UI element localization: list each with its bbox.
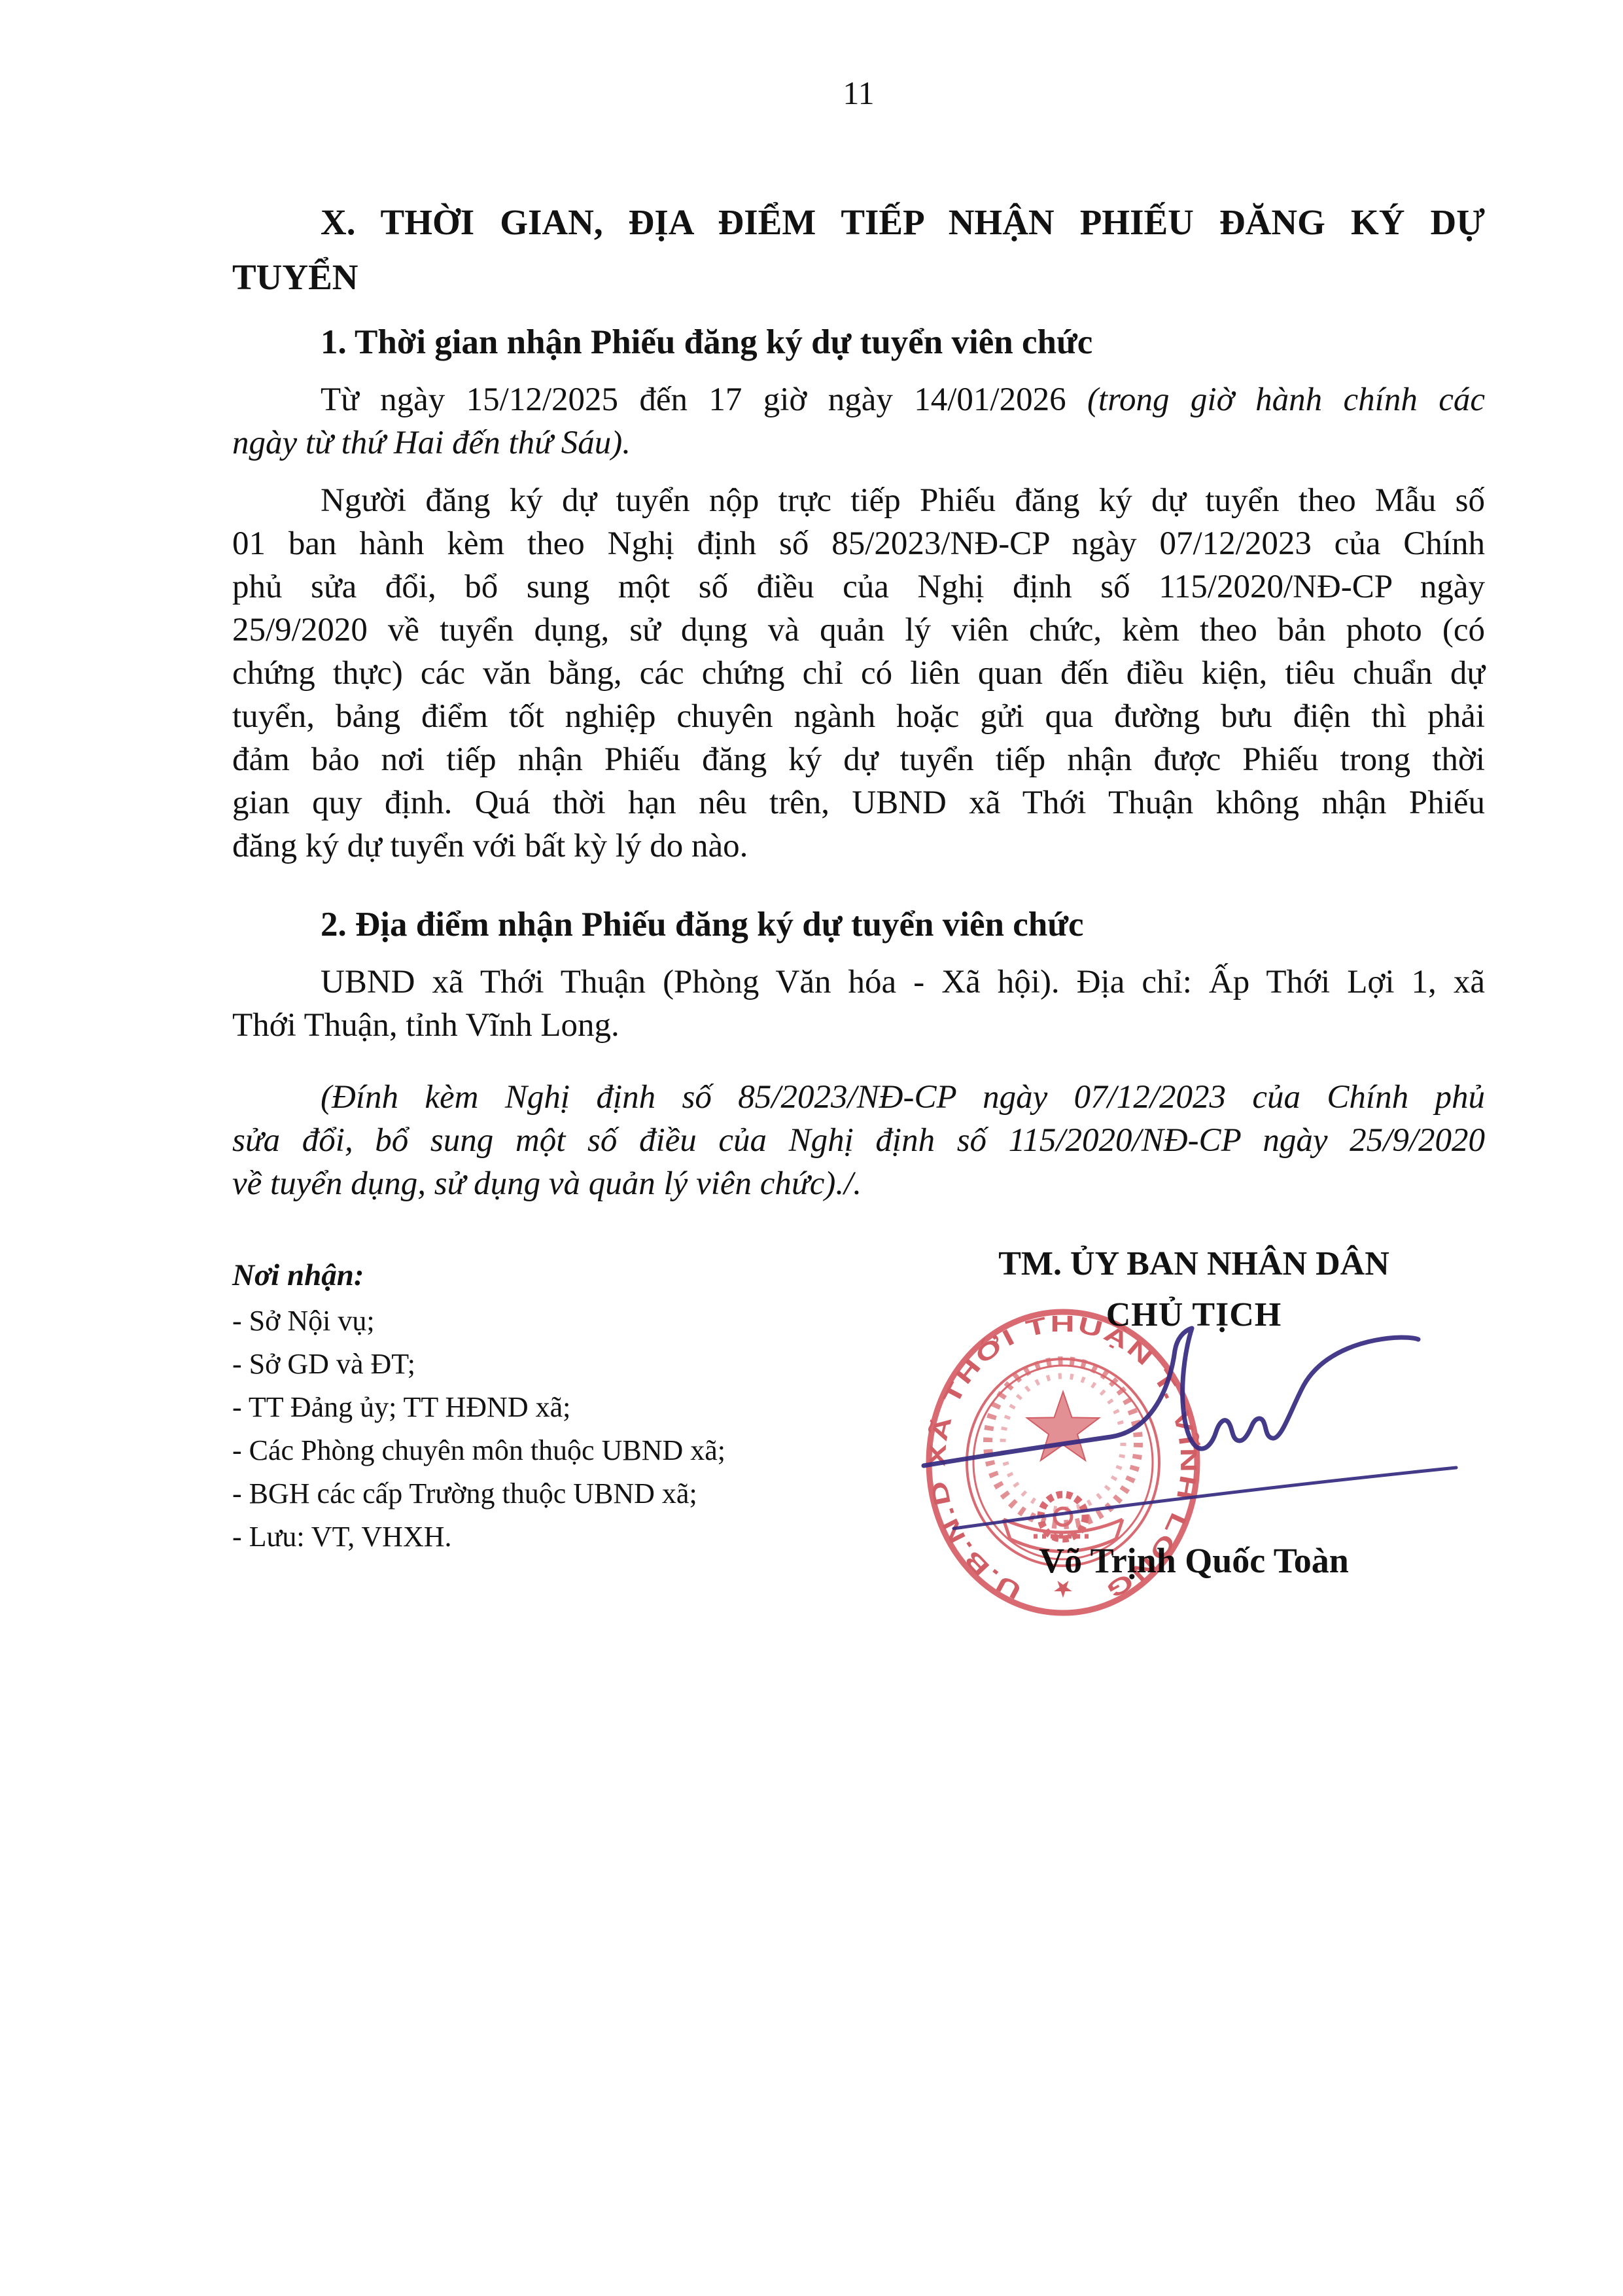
paragraph-line: gian quy định. Quá thời hạn nêu trên, UB… <box>232 781 1485 824</box>
handwritten-signature <box>924 1328 1456 1528</box>
paragraph-line: về tuyển dụng, sử dụng và quản lý viên c… <box>232 1162 1485 1205</box>
emblem-cog-icon <box>1041 1494 1085 1539</box>
paragraph-line: 25/9/2020 về tuyển dụng, sử dụng và quản… <box>232 609 1485 652</box>
paragraph-submission-rules: Người đăng ký dự tuyển nộp trực tiếp Phi… <box>232 479 1485 868</box>
recipient-item: - BGH các cấp Trường thuộc UBND xã; <box>232 1472 873 1515</box>
stamp-inner-ring <box>967 1359 1159 1566</box>
signature-header: TM. ỦY BAN NHÂN DÂN CHỦ TỊCH <box>945 1243 1442 1336</box>
paragraph-line: Từ ngày 15/12/2025 đến 17 giờ ngày 14/01… <box>232 378 1485 421</box>
document-title: X. THỜI GIAN, ĐỊA ĐIỂM TIẾP NHẬN PHIẾU Đ… <box>232 195 1485 305</box>
emblem-ribbon-right-edge <box>1116 1519 1123 1539</box>
title-line-2: TUYỂN <box>232 250 1485 305</box>
emblem-cog-hub <box>1055 1508 1072 1525</box>
title-line-1: X. THỜI GIAN, ĐỊA ĐIỂM TIẾP NHẬN PHIẾU Đ… <box>232 195 1485 250</box>
date-range-text: Từ ngày 15/12/2025 đến 17 giờ ngày 14/01… <box>321 381 1087 418</box>
page-number: 11 <box>232 73 1485 113</box>
recipient-item: - Sở GD và ĐT; <box>232 1343 873 1386</box>
paragraph-line: chứng thực) các văn bằng, các chứng chỉ … <box>232 652 1485 695</box>
section-2-heading: 2. Địa điểm nhận Phiếu đăng ký dự tuyển … <box>232 903 1485 946</box>
recipients-label: Nơi nhận: <box>232 1254 873 1297</box>
paragraph-line: UBND xã Thới Thuận (Phòng Văn hóa - Xã h… <box>232 961 1485 1004</box>
paragraph-attachment-note: (Đính kèm Nghị định số 85/2023/NĐ-CP ngà… <box>232 1076 1485 1205</box>
document-body: X. THỜI GIAN, ĐỊA ĐIỂM TIẾP NHẬN PHIẾU Đ… <box>232 195 1485 1205</box>
paragraph-receiving-place: UBND xã Thới Thuận (Phòng Văn hóa - Xã h… <box>232 961 1485 1047</box>
paragraph-line: 01 ban hành kèm theo Nghị định số 85/202… <box>232 522 1485 565</box>
signer-name: Võ Trịnh Quốc Toàn <box>945 1540 1442 1581</box>
emblem-rice-wreath <box>988 1361 1138 1525</box>
paragraph-line: Thới Thuận, tỉnh Vĩnh Long. <box>232 1004 1485 1047</box>
signature-underline-stroke <box>954 1468 1456 1528</box>
section-1-heading: 1. Thời gian nhận Phiếu đăng ký dự tuyển… <box>232 321 1485 364</box>
recipients-block: Nơi nhận: - Sở Nội vụ; - Sở GD và ĐT; - … <box>232 1254 873 1559</box>
emblem-ribbon <box>1003 1519 1123 1532</box>
office-hours-note: (trong giờ hành chính các <box>1087 381 1485 418</box>
paragraph-line: ngày từ thứ Hai đến thứ Sáu). <box>232 421 1485 465</box>
recipient-item: - Các Phòng chuyên môn thuộc UBND xã; <box>232 1429 873 1472</box>
paragraph-line: (Đính kèm Nghị định số 85/2023/NĐ-CP ngà… <box>232 1076 1485 1119</box>
paragraph-receiving-time: Từ ngày 15/12/2025 đến 17 giờ ngày 14/01… <box>232 378 1485 465</box>
emblem-star-icon <box>1027 1392 1099 1460</box>
paragraph-line: phủ sửa đổi, bổ sung một số điều của Ngh… <box>232 565 1485 609</box>
emblem-rice-wreath-inner <box>1003 1376 1123 1510</box>
document-page: 11 X. THỜI GIAN, ĐỊA ĐIỂM TIẾP NHẬN PHIẾ… <box>0 0 1623 2296</box>
emblem-ribbon-left-edge <box>1003 1519 1010 1539</box>
paragraph-line: sửa đổi, bổ sung một số điều của Nghị đị… <box>232 1119 1485 1162</box>
signer-position: CHỦ TỊCH <box>945 1294 1442 1336</box>
recipient-item: - Lưu: VT, VHXH. <box>232 1515 873 1559</box>
stamp-inner-ring-2 <box>973 1366 1153 1559</box>
recipient-item: - TT Đảng ủy; TT HĐND xã; <box>232 1386 873 1429</box>
paragraph-line: đăng ký dự tuyển với bất kỳ lý do nào. <box>232 824 1485 868</box>
paragraph-line: tuyển, bảng điểm tốt nghiệp chuyên ngành… <box>232 695 1485 738</box>
paragraph-line: đảm bảo nơi tiếp nhận Phiếu đăng ký dự t… <box>232 738 1485 781</box>
recipient-item: - Sở Nội vụ; <box>232 1299 873 1343</box>
signing-authority: TM. ỦY BAN NHÂN DÂN <box>945 1243 1442 1285</box>
paragraph-line: Người đăng ký dự tuyển nộp trực tiếp Phi… <box>232 479 1485 522</box>
signature-main-stroke <box>924 1328 1418 1466</box>
